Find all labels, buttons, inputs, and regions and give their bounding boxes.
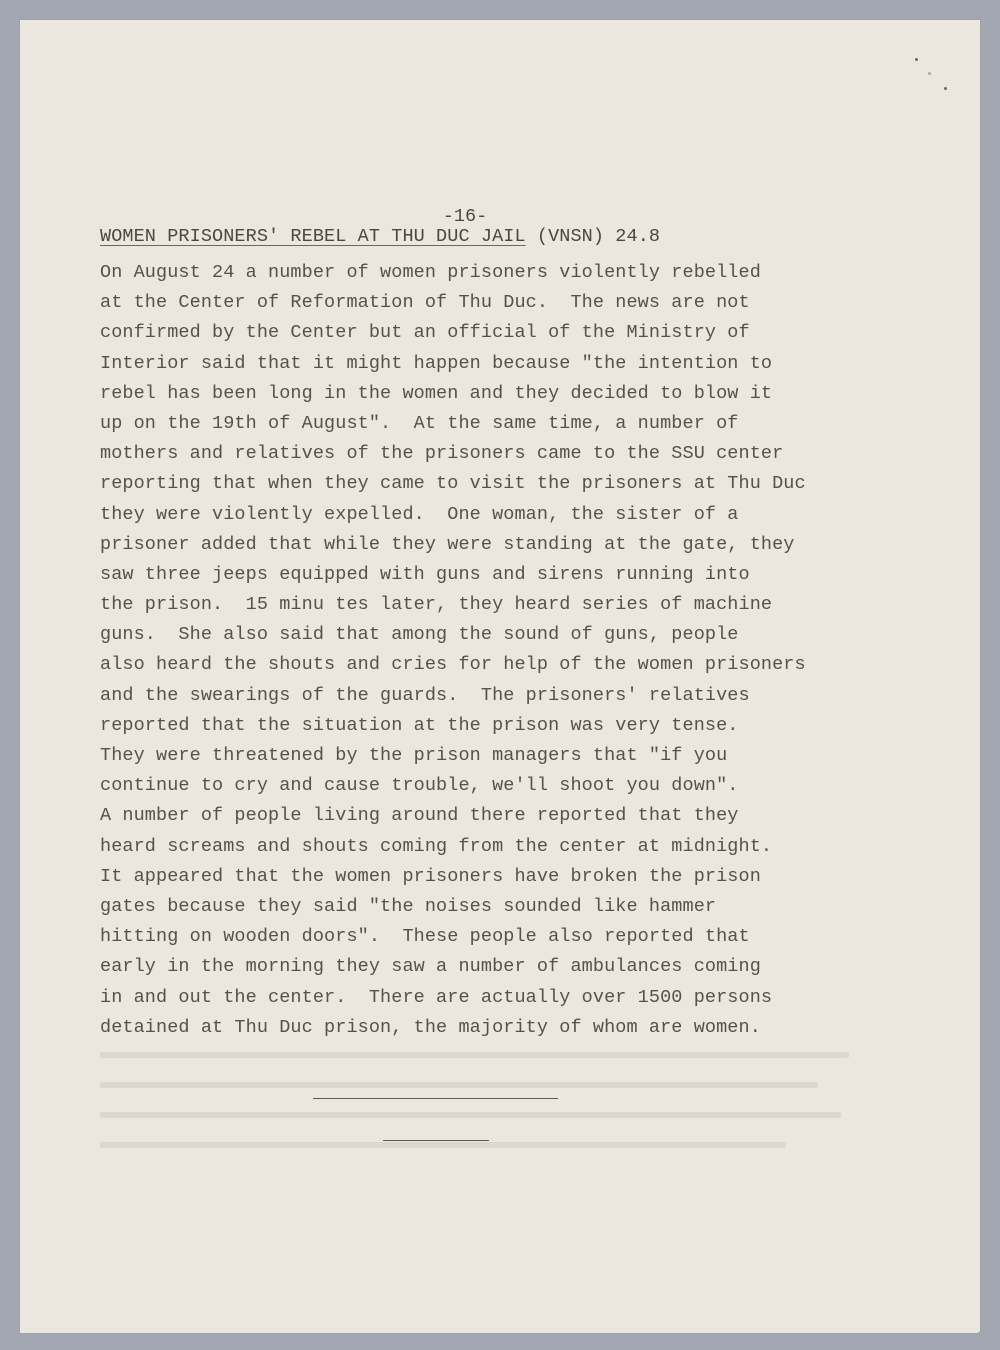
paper-speck [944,87,947,90]
reverse-side-bleed-through [100,1052,880,1172]
article-body: On August 24 a number of women prisoners… [100,258,806,1043]
body-line: detained at Thu Duc prison, the majority… [100,1013,806,1043]
article-source: (VNSN) [537,226,604,247]
body-line: continue to cry and cause trouble, we'll… [100,771,806,801]
body-line: saw three jeeps equipped with guns and s… [100,560,806,590]
document-page: -16- WOMEN PRISONERS' REBEL AT THU DUC J… [20,20,980,1333]
body-line: they were violently expelled. One woman,… [100,500,806,530]
body-line: Interior said that it might happen becau… [100,349,806,379]
body-line: early in the morning they saw a number o… [100,952,806,982]
body-line: in and out the center. There are actuall… [100,983,806,1013]
body-line: up on the 19th of August". At the same t… [100,409,806,439]
body-line: It appeared that the women prisoners hav… [100,862,806,892]
paper-speck [928,72,931,75]
body-line: rebel has been long in the women and the… [100,379,806,409]
body-line: hitting on wooden doors". These people a… [100,922,806,952]
body-line: heard screams and shouts coming from the… [100,832,806,862]
article-heading: WOMEN PRISONERS' REBEL AT THU DUC JAIL (… [100,226,660,247]
body-line: also heard the shouts and cries for help… [100,650,806,680]
body-line: and the swearings of the guards. The pri… [100,681,806,711]
section-divider-long [313,1098,558,1099]
body-line: prisoner added that while they were stan… [100,530,806,560]
body-line: reported that the situation at the priso… [100,711,806,741]
article-title: WOMEN PRISONERS' REBEL AT THU DUC JAIL [100,226,526,247]
body-line: at the Center of Reformation of Thu Duc.… [100,288,806,318]
body-line: mothers and relatives of the prisoners c… [100,439,806,469]
body-line: A number of people living around there r… [100,801,806,831]
body-line: guns. She also said that among the sound… [100,620,806,650]
body-line: the prison. 15 minu tes later, they hear… [100,590,806,620]
article-date: 24.8 [615,226,660,247]
section-divider-short [383,1140,489,1141]
body-line: On August 24 a number of women prisoners… [100,258,806,288]
body-line: reporting that when they came to visit t… [100,469,806,499]
body-line: They were threatened by the prison manag… [100,741,806,771]
body-line: gates because they said "the noises soun… [100,892,806,922]
paper-speck [915,58,918,61]
page-number: -16- [425,206,505,227]
body-line: confirmed by the Center but an official … [100,318,806,348]
